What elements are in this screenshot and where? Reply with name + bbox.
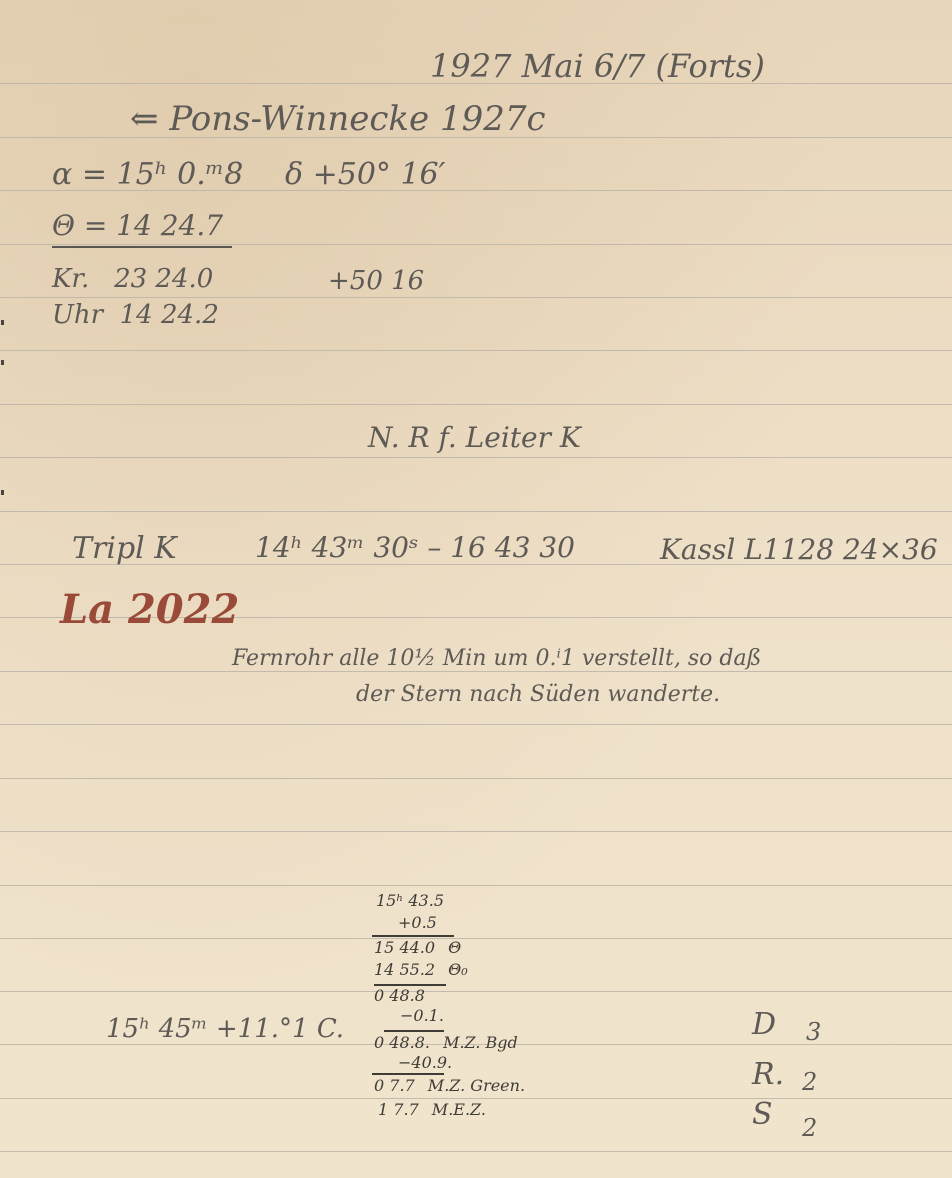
calc-note: M.Z. Green. bbox=[423, 1076, 525, 1095]
theta-value: = 14 24.7 bbox=[84, 209, 223, 242]
ruled-line bbox=[0, 831, 952, 832]
calc-value: 14 55.2 bbox=[374, 960, 435, 979]
remark-line-1: Fernrohr alle 10½ Min um 0.ⁱ1 verstellt,… bbox=[232, 648, 761, 670]
ruled-line bbox=[0, 350, 952, 351]
sum-line bbox=[372, 935, 454, 937]
ruled-line bbox=[0, 511, 952, 512]
kr-declination: +50 16 bbox=[328, 268, 424, 294]
ruled-line bbox=[0, 1151, 952, 1152]
calc-value: 1 7.7 bbox=[378, 1100, 419, 1119]
catalog-ref: La 2022 bbox=[60, 590, 239, 630]
condition-value: 2 bbox=[802, 1116, 817, 1140]
alpha-label: α bbox=[52, 157, 72, 192]
calc-value: 0 48.8 bbox=[374, 986, 425, 1005]
sum-line bbox=[384, 1030, 444, 1032]
condition-label: D bbox=[752, 1010, 776, 1040]
condition-value: 2 bbox=[802, 1070, 817, 1094]
ruled-line bbox=[0, 991, 952, 992]
condition-label: R. bbox=[752, 1060, 784, 1090]
calc-row: −40.9. bbox=[398, 1055, 452, 1071]
calc-value: 15ʰ 43.5 bbox=[376, 891, 444, 910]
calc-value: −40.9. bbox=[398, 1053, 452, 1072]
delta-row: δ +50° 16′ bbox=[285, 160, 445, 190]
calc-note: Θ₀ bbox=[443, 960, 468, 979]
object-title: ⇐ Pons-Winnecke 1927c bbox=[130, 102, 546, 136]
calc-row: 0 48.8 bbox=[374, 988, 425, 1004]
page-date: 1927 Mai 6/7 (Forts) bbox=[430, 50, 765, 82]
calc-row: 15ʰ 43.5 bbox=[376, 893, 444, 909]
ruled-line bbox=[0, 724, 952, 725]
ruled-line bbox=[0, 885, 952, 886]
plate-info: Kassl L1128 24×36 bbox=[660, 536, 938, 564]
notebook-page: 1927 Mai 6/7 (Forts) ⇐ Pons-Winnecke 192… bbox=[0, 0, 952, 1178]
comet-symbol-icon: ⇐ bbox=[130, 99, 159, 139]
uhr-row: Uhr 14 24.2 bbox=[52, 302, 219, 328]
ruled-line bbox=[0, 297, 952, 298]
kr-value: 23 24.0 bbox=[114, 264, 213, 294]
calc-note: M.E.Z. bbox=[427, 1100, 486, 1119]
exposure-start: 14ʰ 43ᵐ 30ˢ bbox=[255, 531, 418, 564]
ruled-line bbox=[0, 778, 952, 779]
calc-row: 0 48.8. M.Z. Bgd bbox=[374, 1035, 518, 1051]
alpha-value: = 15ʰ 0.ᵐ8 bbox=[82, 157, 243, 192]
uhr-label: Uhr bbox=[52, 300, 103, 330]
note-nrf: N. R f. Leiter K bbox=[368, 424, 581, 452]
calc-value: 15 44.0 bbox=[374, 938, 435, 957]
exposure-label: Tripl K bbox=[72, 534, 177, 564]
calc-value: 0 48.8. bbox=[374, 1033, 430, 1052]
calc-row: −0.1. bbox=[400, 1008, 444, 1024]
ruled-line bbox=[0, 671, 952, 672]
sum-line bbox=[374, 984, 446, 986]
margin-mark bbox=[1, 320, 4, 325]
calc-value: +0.5 bbox=[398, 913, 437, 932]
margin-mark bbox=[1, 360, 4, 365]
object-name: Pons-Winnecke 1927c bbox=[169, 99, 545, 139]
calc-note: M.Z. Bgd bbox=[438, 1033, 518, 1052]
delta-label: δ bbox=[285, 157, 303, 192]
condition-label: S bbox=[752, 1100, 773, 1130]
theta-row: Θ = 14 24.7 bbox=[52, 212, 232, 248]
calc-note: Θ bbox=[443, 938, 461, 957]
remark-line-2: der Stern nach Süden wanderte. bbox=[356, 684, 720, 706]
uhr-value: 14 24.2 bbox=[120, 300, 219, 330]
delta-value: +50° 16′ bbox=[313, 157, 446, 192]
exposure-time: 14ʰ 43ᵐ 30ˢ – 16 43 30 bbox=[255, 534, 575, 562]
alpha-row: α = 15ʰ 0.ᵐ8 bbox=[52, 160, 243, 190]
calc-row: 15 44.0 Θ bbox=[374, 940, 461, 956]
calc-row: 1 7.7 M.E.Z. bbox=[378, 1102, 486, 1118]
condition-value: 3 bbox=[806, 1020, 821, 1044]
sum-line bbox=[372, 1073, 444, 1075]
calc-value: −0.1. bbox=[400, 1006, 444, 1025]
ruled-line bbox=[0, 457, 952, 458]
calc-row: 0 7.7 M.Z. Green. bbox=[374, 1078, 525, 1094]
kr-label: Kr. bbox=[52, 264, 89, 294]
calc-value: 0 7.7 bbox=[374, 1076, 415, 1095]
exposure-end: 16 43 30 bbox=[450, 531, 575, 564]
calc-row: +0.5 bbox=[398, 915, 437, 931]
kr-row: Kr. 23 24.0 bbox=[52, 266, 213, 292]
ruled-line bbox=[0, 404, 952, 405]
ruled-line bbox=[0, 1098, 952, 1099]
exposure-dash: – bbox=[427, 531, 441, 564]
temperature-note: 15ʰ 45ᵐ +11.°1 C. bbox=[106, 1016, 344, 1042]
margin-mark bbox=[1, 490, 4, 495]
calc-row: 14 55.2 Θ₀ bbox=[374, 962, 468, 978]
ruled-line bbox=[0, 938, 952, 939]
theta-label: Θ bbox=[52, 209, 75, 242]
